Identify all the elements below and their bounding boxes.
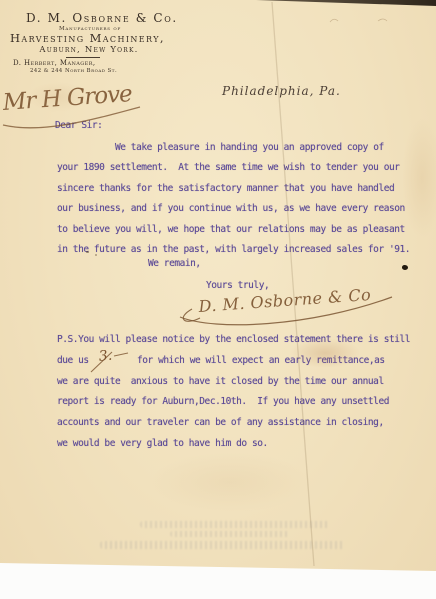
ps-line: we are quite anxious to have it closed b… — [57, 376, 384, 387]
city-line: Auburn, New York. — [10, 45, 168, 55]
body-line: your 1890 settlement. At the same time w… — [57, 162, 400, 173]
street-line: 242 & 244 North Broad St. — [30, 68, 117, 74]
handwritten-addressee: Mr H Grove — [2, 81, 133, 116]
body-line: our business, and if you continue with u… — [57, 203, 405, 214]
stain — [150, 452, 310, 512]
handwritten-amount: 3. — [98, 348, 113, 365]
signature-loop — [183, 309, 200, 321]
body-line: to believe you will, we hope that our re… — [57, 224, 405, 235]
ink-speck — [86, 251, 89, 253]
amount-dash — [114, 353, 128, 356]
letterhead-rule — [66, 57, 100, 58]
salutation: Dear Sir: — [55, 120, 102, 131]
ps-line: for which we will expect an early remitt… — [137, 355, 385, 366]
company-name: D. M. Osborne & Co. — [26, 11, 178, 25]
stain — [402, 118, 436, 238]
ps-line: due us — [57, 355, 89, 366]
closing-yours-truly: Yours truly, — [206, 280, 269, 291]
scratch-mark — [378, 19, 387, 21]
scratch-mark — [330, 19, 338, 22]
body-line: in the future as in the past, with large… — [57, 244, 410, 255]
body-line: We take pleasure in handing you an appro… — [115, 142, 384, 153]
ps-line: accounts and our traveler can be of any … — [57, 417, 384, 428]
ps-line: report is ready for Auburn,Dec.10th. If … — [57, 396, 389, 407]
letter-paper: D. M. Osborne & Co. Manufacturers of Har… — [0, 0, 436, 599]
product-line: Harvesting Machinery, — [10, 31, 165, 45]
bleedthrough-text — [140, 521, 330, 528]
ps-line: we would be very glad to have him do so. — [57, 438, 268, 449]
manager-line: D. Herbert, Manager, — [13, 59, 96, 67]
body-line: sincere thanks for the satisfactory mann… — [57, 183, 394, 194]
bleedthrough-text — [100, 541, 345, 549]
ps-line: P.S.You will please notice by the enclos… — [57, 334, 410, 345]
ink-speck — [95, 254, 97, 256]
closing-we-remain: We remain, — [148, 258, 201, 269]
ink-blot — [402, 265, 408, 270]
dateline-place: Philadelphia, Pa. — [222, 84, 341, 98]
bleedthrough-text — [170, 531, 290, 537]
